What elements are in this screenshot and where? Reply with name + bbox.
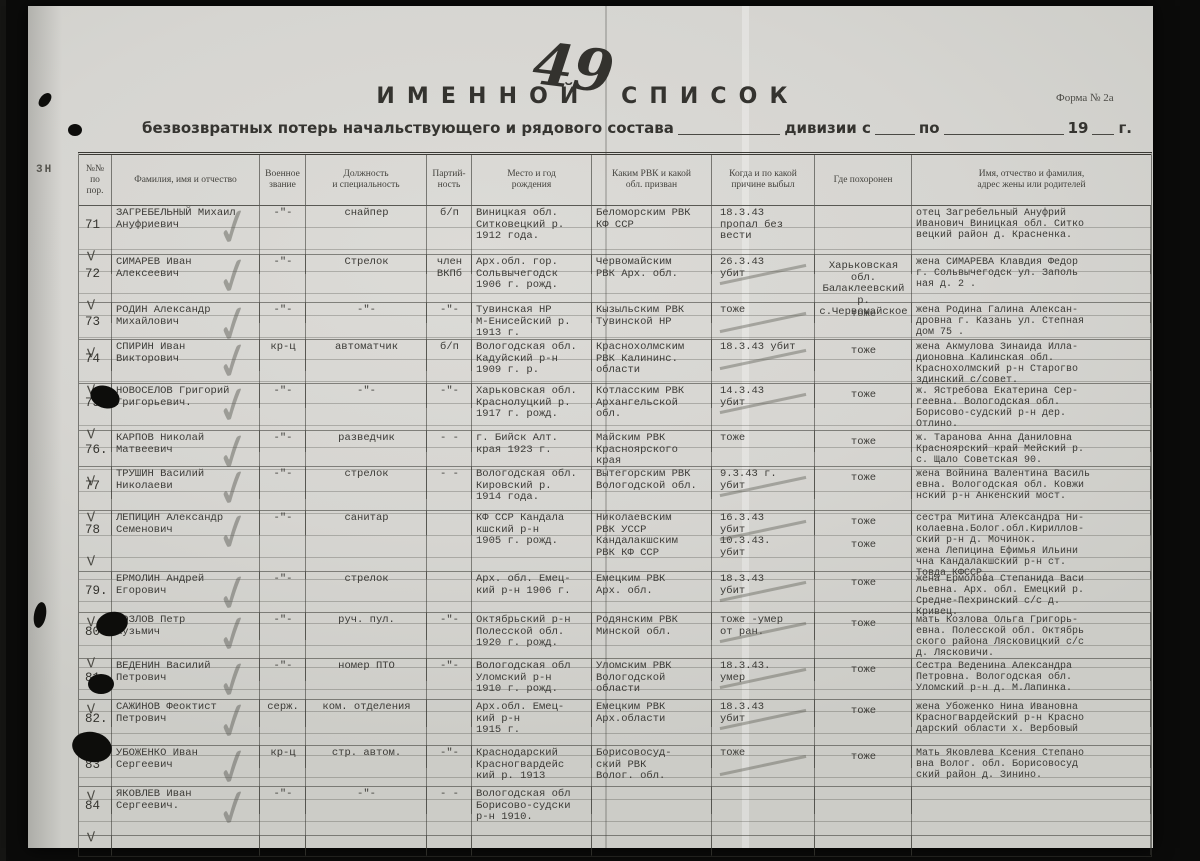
family-cell: [912, 787, 1151, 855]
position-cell: санитар: [306, 511, 427, 579]
family-cell: сестра Митина Александра Ни- колаевна.Бо…: [912, 511, 1151, 579]
row-number-cell: 78 V: [79, 511, 112, 579]
casualty-table: №№ по пор. Фамилия, имя и отчество Военн…: [78, 152, 1152, 857]
table-body: 71 V ЗАГРЕБЕЛЬНЫЙ Михаил Ануфриевич -"- …: [79, 206, 1151, 836]
table-header-row: №№ по пор. Фамилия, имя и отчество Военн…: [79, 155, 1151, 206]
table-row: 73 V РОДИН Александр Михайлович -"- -"- …: [79, 303, 1151, 340]
party-cell: [427, 511, 472, 579]
header-cause: Когда и по какой причине выбыл: [712, 155, 815, 205]
year-label: 19: [1068, 119, 1089, 137]
paper-damage-spot: [68, 124, 82, 136]
row-number: 73: [85, 317, 108, 329]
g-label: г.: [1118, 119, 1132, 137]
table-row: 84 V ЯКОВЛЕВ Иван Сергеевич. -"- -"- - -…: [79, 787, 1151, 836]
blank-underline: [1092, 120, 1114, 135]
header-family: Имя, отчество и фамилия, адрес жены или …: [912, 155, 1151, 205]
row-number: 74: [85, 354, 108, 366]
row-number: 76.: [85, 445, 108, 457]
table-row: 78 V ЛЕПИЦИН Александр Семенович -"- сан…: [79, 511, 1151, 572]
cause-cell: 16.3.43 убит 10.3.43. убит: [712, 511, 815, 579]
header-birth: Место и год рождения: [472, 155, 592, 205]
row-number: 79.: [85, 586, 108, 598]
row-number: 77: [85, 481, 108, 493]
rvk-cell: Николаевским РВК УССР Кандалакшским РВК …: [592, 511, 712, 579]
table-row: 72 V СИМАРЕВ Иван Алексеевич -"- Стрелок…: [79, 255, 1151, 303]
name-cell: ЛЕПИЦИН Александр Семенович: [112, 511, 260, 579]
header-party: Партий- ность: [427, 155, 472, 205]
rank-cell: -"-: [260, 511, 306, 579]
rvk-cell: [592, 787, 712, 855]
table-row: 75. V НОВОСЕЛОВ Григорий Григорьевич. -"…: [79, 384, 1151, 431]
table-row: 81 V ВЕДЕНИН Василий Петрович -"- номер …: [79, 659, 1151, 700]
table-row: 83 V УБОЖЕНКО Иван Сергеевич кр-ц стр. а…: [79, 746, 1151, 787]
row-number: 71: [85, 220, 108, 232]
blank-underline: [678, 120, 781, 135]
row-number: 82.: [85, 714, 108, 726]
burial-cell: [815, 787, 912, 855]
row-number: 84: [85, 801, 108, 813]
po-label: по: [919, 119, 940, 137]
document-title: ИМЕННОЙ СПИСОК: [188, 84, 988, 109]
position-cell: -"-: [306, 787, 427, 855]
table-row: 71 V ЗАГРЕБЕЛЬНЫЙ Михаил Ануфриевич -"- …: [79, 206, 1151, 255]
row-number: 72: [85, 269, 108, 281]
row-number-cell: 84 V: [79, 787, 112, 855]
party-cell: - -: [427, 787, 472, 855]
header-position: Должность и специальность: [306, 155, 427, 205]
table-row: 82. V САЖИНОВ Феоктист Петрович серж. ко…: [79, 700, 1151, 746]
header-rank: Военное звание: [260, 155, 306, 205]
document-subtitle: безвозвратных потерь начальствующего и р…: [142, 119, 1132, 137]
blank-underline: [875, 120, 915, 135]
division-label: дивизии с: [784, 119, 870, 137]
rank-cell: -"-: [260, 787, 306, 855]
header-buried: Где похоронен: [815, 155, 912, 205]
name-cell: ЯКОВЛЕВ Иван Сергеевич.: [112, 787, 260, 855]
row-number: 78: [85, 525, 108, 537]
burial-cell: тоже тоже: [815, 511, 912, 579]
birthplace-cell: КФ ССР Кандала кшский р-н 1905 г. рожд.: [472, 511, 592, 579]
table-row: 77 V ТРУШИН Василий Николаеви -"- стрело…: [79, 467, 1151, 511]
row-checkmark: V: [86, 553, 109, 569]
birthplace-cell: Вологодская обл Борисово-судски р-н 1910…: [472, 787, 592, 855]
header-number: №№ по пор.: [79, 155, 112, 205]
row-checkmark: V: [86, 829, 109, 845]
document-paper: 49 Форма № 2а ИМЕННОЙ СПИСОК безвозвратн…: [28, 6, 1153, 848]
form-number-label: Форма № 2а: [1056, 92, 1114, 104]
header-name: Фамилия, имя и отчество: [112, 155, 260, 205]
table-row: 80. V КОЗЛОВ Петр Кузьмич -"- руч. пул. …: [79, 613, 1151, 659]
subtitle-text: безвозвратных потерь начальствующего и р…: [142, 119, 674, 137]
cause-cell: [712, 787, 815, 855]
table-row: 76. V КАРПОВ Николай Матвеевич -"- разве…: [79, 431, 1151, 467]
paper-damage-spot: [88, 674, 114, 694]
table-row: 74 V СПИРИН Иван Викторович кр-ц автомат…: [79, 340, 1151, 384]
blank-underline: [944, 120, 1064, 135]
header-rvk: Каким РВК и какой обл. призван: [592, 155, 712, 205]
paper-edge-shadow: [28, 6, 62, 848]
margin-mark: 3Н: [36, 164, 53, 176]
table-row: 79. V ЕРМОЛИН Андрей Егорович -"- стрело…: [79, 572, 1151, 613]
scanned-document-page: 49 Форма № 2а ИМЕННОЙ СПИСОК безвозвратн…: [0, 0, 1200, 861]
